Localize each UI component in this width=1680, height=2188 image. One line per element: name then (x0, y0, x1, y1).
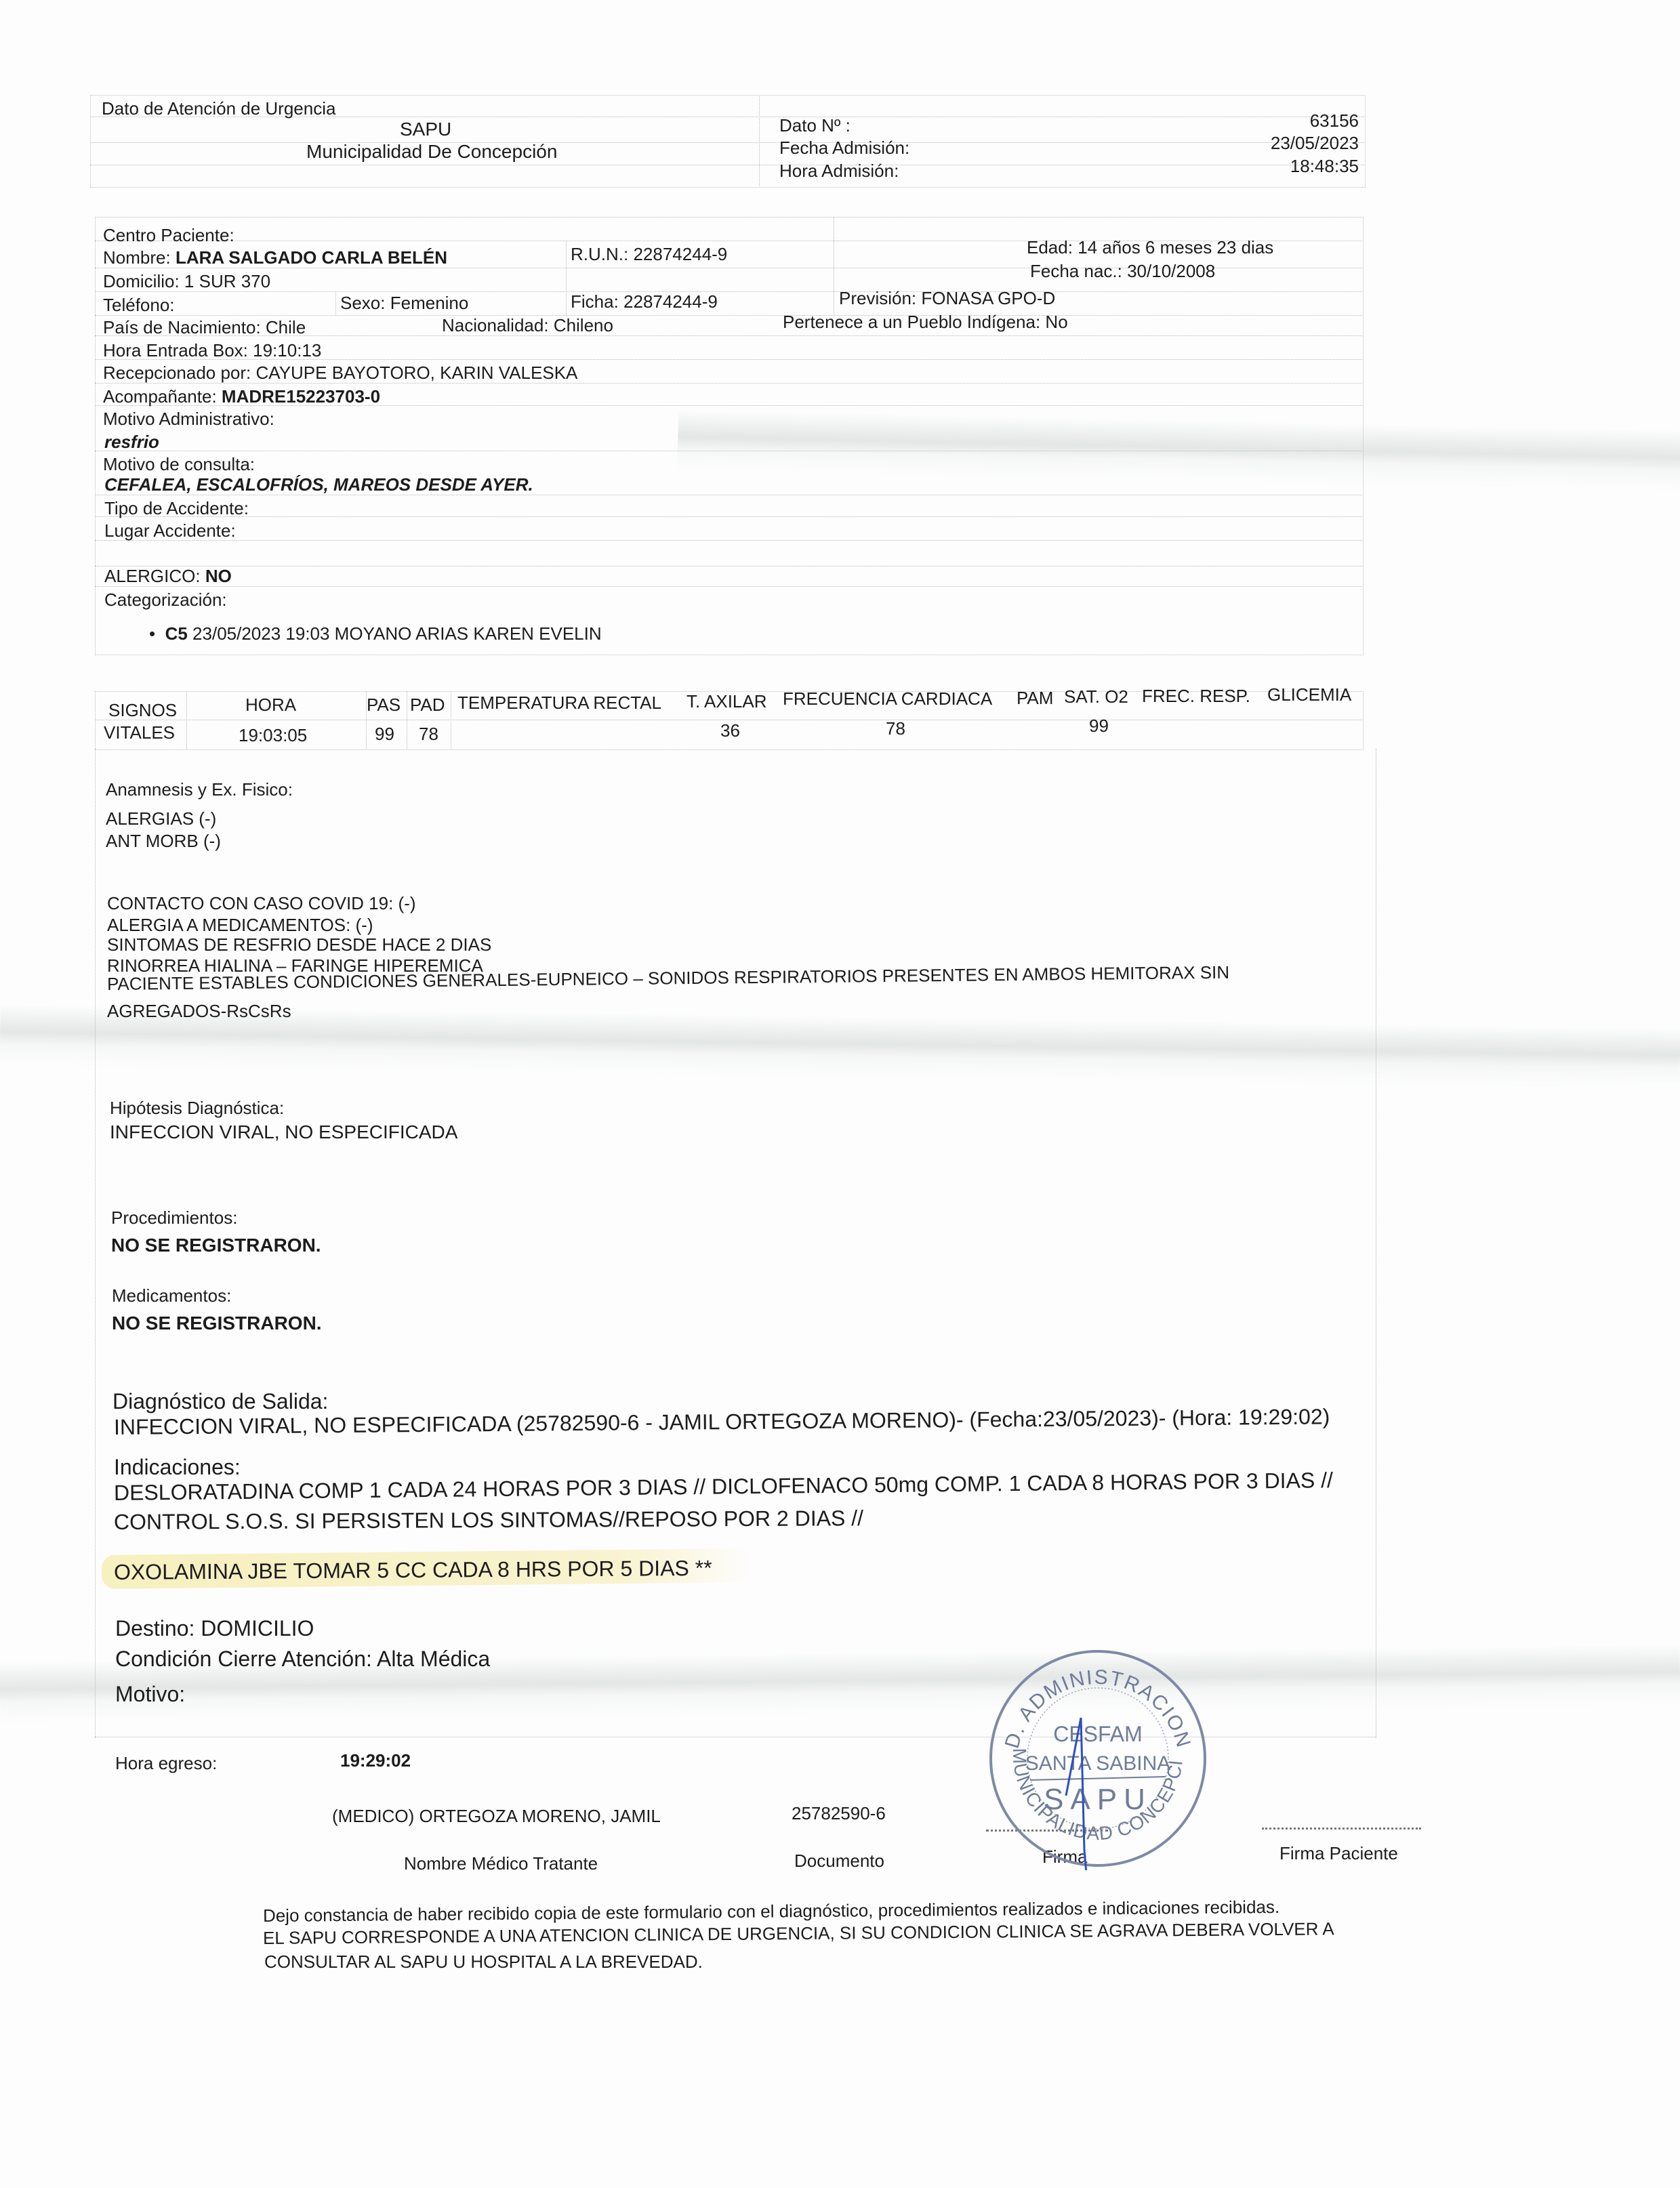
vitals-val-hora: 19:03:05 (239, 725, 307, 746)
motivo-admin-label: Motivo Administrativo: (103, 409, 274, 430)
condicion-field: Condición Cierre Atención: Alta Médica (115, 1647, 490, 1672)
domicilio-value: 1 SUR 370 (184, 271, 270, 291)
divider (95, 586, 1362, 587)
divider (451, 691, 451, 749)
diagnostico-salida-label: Diagnóstico de Salida: (112, 1389, 328, 1414)
anamnesis-line: ALERGIAS (-) (106, 808, 216, 829)
destino-label: Destino: (115, 1616, 194, 1640)
hora-egreso-value: 19:29:02 (340, 1750, 411, 1771)
medicamentos-label: Medicamentos: (112, 1285, 231, 1306)
run-value: 22874244-9 (633, 244, 727, 264)
pais-value: Chile (266, 317, 306, 337)
org-name: SAPU (400, 119, 451, 140)
prevision-value: FONASA GPO-D (921, 288, 1055, 308)
anamnesis-label: Anamnesis y Ex. Fisico: (106, 779, 293, 800)
acompanante-value: MADRE15223703-0 (222, 386, 380, 407)
vitals-val-frec-cardiaca: 78 (886, 718, 905, 739)
vitals-col-pad: PAD (410, 695, 445, 716)
anamnesis-line: ALERGIA A MEDICAMENTOS: (-) (107, 915, 373, 936)
form-title: Dato de Atención de Urgencia (102, 98, 335, 119)
vitals-val-pad: 78 (419, 724, 438, 745)
divider (95, 566, 1362, 566)
procedimientos-label: Procedimientos: (111, 1207, 237, 1229)
edad-value: 14 años 6 meses 23 dias (1078, 237, 1273, 257)
pais-field: País de Nacimiento: Chile (103, 317, 306, 338)
recepcionado-field: Recepcionado por: CAYUPE BAYOTORO, KARIN… (103, 363, 577, 384)
divider (566, 241, 567, 315)
divider (95, 315, 1362, 316)
vitals-row-label-1: SIGNOS (108, 700, 177, 721)
domicilio-label: Domicilio: (103, 271, 180, 291)
recepcionado-value: CAYUPE BAYOTORO, KARIN VALESKA (256, 363, 578, 383)
official-stamp: D. ADMINISTRACION I. MUNICIPALIDAD CONCE… (986, 1647, 1210, 1870)
divider (95, 291, 1362, 292)
medico-name: (MEDICO) ORTEGOZA MORENO, JAMIL (332, 1806, 661, 1827)
condicion-label: Condición Cierre Atención: (115, 1647, 372, 1671)
edad-field: Edad: 14 años 6 meses 23 dias (1027, 237, 1273, 258)
stamp-line-2: SANTA SABINA (1025, 1752, 1171, 1775)
indicaciones-line: DESLORATADINA COMP 1 CADA 24 HORAS POR 3… (114, 1468, 1333, 1506)
motivo-consulta-value: CEFALEA, ESCALOFRÍOS, MAREOS DESDE AYER. (104, 474, 533, 495)
vitals-col-glicemia: GLICEMIA (1267, 684, 1351, 705)
vitals-col-temp-rectal: TEMPERATURA RECTAL (457, 693, 661, 714)
sexo-label: Sexo: (340, 293, 386, 313)
ficha-label: Ficha: (571, 291, 619, 312)
vitals-col-t-axilar: T. AXILAR (687, 691, 767, 712)
dato-no-value: 63156 (1152, 110, 1359, 131)
pais-label: País de Nacimiento: (103, 317, 261, 337)
fecha-nac-value: 30/10/2008 (1127, 261, 1215, 281)
hora-admision-label: Hora Admisión: (779, 161, 899, 182)
edad-label: Edad: (1027, 237, 1073, 257)
divider (95, 516, 1362, 517)
domicilio-field: Domicilio: 1 SUR 370 (103, 271, 270, 292)
destino-field: Destino: DOMICILIO (115, 1616, 314, 1641)
divider (759, 95, 760, 186)
categorizacion-label: Categorización: (104, 590, 227, 611)
documento-label: Documento (794, 1851, 884, 1872)
patient-box (95, 217, 1364, 655)
divider (95, 451, 1362, 451)
categorizacion-detail: 23/05/2023 19:03 MOYANO ARIAS KAREN EVEL… (192, 623, 602, 644)
divider (407, 691, 407, 749)
medicamentos-value: NO SE REGISTRARON. (112, 1313, 322, 1334)
vitals-col-pas: PAS (367, 695, 401, 716)
alergico-field: ALERGICO: NO (104, 566, 232, 587)
acompanante-field: Acompañante: MADRE15223703-0 (103, 386, 380, 407)
bullet-icon: • (149, 623, 160, 644)
divider (95, 749, 96, 1738)
condicion-value: Alta Médica (377, 1647, 490, 1671)
pueblo-field: Pertenece a un Pueblo Indígena: No (783, 312, 1068, 333)
alergico-label: ALERGICO: (104, 566, 201, 586)
firma-paciente-line (1262, 1828, 1421, 1830)
alergico-value: NO (205, 566, 232, 586)
nacionalidad-field: Nacionalidad: Chileno (442, 315, 613, 336)
recepcionado-label: Recepcionado por: (103, 363, 251, 383)
vitals-col-sat-o2: SAT. O2 (1064, 686, 1128, 707)
stamp-line-3: SAPU (1044, 1783, 1152, 1816)
hora-box-field: Hora Entrada Box: 19:10:13 (103, 340, 321, 361)
nombre-field: Nombre: LARA SALGADO CARLA BELÉN (103, 247, 447, 268)
ficha-field: Ficha: 22874244-9 (571, 291, 718, 312)
vitals-col-frec-resp: FREC. RESP. (1142, 686, 1250, 707)
nombre-label: Nombre: (103, 247, 171, 268)
indicaciones-label: Indicaciones: (114, 1455, 241, 1480)
vitals-col-hora: HORA (245, 695, 296, 716)
municipality-name: Municipalidad De Concepción (306, 141, 557, 163)
disclaimer-line: CONSULTAR AL SAPU U HOSPITAL A LA BREVED… (264, 1952, 703, 1973)
fecha-admision-value: 23/05/2023 (1152, 133, 1359, 154)
indicaciones-line: CONTROL S.O.S. SI PERSISTEN LOS SINTOMAS… (114, 1506, 863, 1535)
telefono-label: Teléfono: (103, 295, 175, 316)
vitals-col-pam: PAM (1017, 688, 1053, 709)
firma-paciente-label: Firma Paciente (1279, 1843, 1398, 1864)
hora-egreso-label: Hora egreso: (115, 1753, 217, 1774)
hora-box-value: 19:10:13 (253, 340, 321, 360)
destino-value: DOMICILIO (201, 1616, 314, 1640)
patient-name: LARA SALGADO CARLA BELÉN (176, 247, 447, 268)
tipo-accidente-label: Tipo de Accidente: (104, 498, 249, 519)
hora-admision-value: 18:48:35 (1152, 156, 1359, 177)
fecha-nac-field: Fecha nac.: 30/10/2008 (1030, 261, 1215, 282)
vitals-val-pas: 99 (375, 724, 394, 745)
vitals-val-sat-o2: 99 (1089, 716, 1109, 737)
ficha-value: 22874244-9 (623, 291, 718, 312)
run-label: R.U.N.: (571, 244, 628, 264)
prevision-label: Previsión: (839, 288, 916, 308)
categorizacion-item: • C5 23/05/2023 19:03 MOYANO ARIAS KAREN… (149, 623, 602, 644)
vitals-row-label-2: VITALES (104, 722, 175, 743)
hora-box-label: Hora Entrada Box: (103, 340, 248, 360)
divider (834, 217, 834, 315)
anamnesis-line: SINTOMAS DE RESFRIO DESDE HACE 2 DIAS (107, 934, 491, 955)
nacionalidad-label: Nacionalidad: (442, 315, 549, 335)
sexo-value: Femenino (390, 293, 469, 313)
vitals-col-frec-cardiaca: FRECUENCIA CARDIACA (783, 688, 992, 709)
motivo-label: Motivo: (115, 1682, 185, 1707)
lugar-accidente-label: Lugar Accidente: (104, 520, 236, 541)
medico-documento: 25782590-6 (792, 1803, 886, 1824)
divider (186, 691, 187, 749)
hipotesis-label: Hipótesis Diagnóstica: (110, 1098, 284, 1119)
acompanante-label: Acompañante: (103, 386, 217, 407)
run-field: R.U.N.: 22874244-9 (571, 244, 727, 265)
pueblo-label: Pertenece a un Pueblo Indígena: (783, 312, 1040, 332)
indicaciones-line-highlighted: OXOLAMINA JBE TOMAR 5 CC CADA 8 HRS POR … (114, 1556, 712, 1585)
procedimientos-value: NO SE REGISTRARON. (111, 1235, 321, 1256)
hipotesis-value: INFECCION VIRAL, NO ESPECIFICADA (110, 1121, 457, 1143)
divider (95, 540, 1362, 541)
medico-label: Nombre Médico Tratante (404, 1853, 598, 1874)
anamnesis-line: CONTACTO CON CASO COVID 19: (-) (107, 893, 416, 914)
dato-no-label: Dato Nº : (779, 115, 851, 136)
fecha-admision-label: Fecha Admisión: (779, 138, 909, 159)
prevision-field: Previsión: FONASA GPO-D (839, 288, 1055, 309)
anamnesis-line: AGREGADOS-RsCsRs (107, 1001, 291, 1022)
pueblo-value: No (1045, 312, 1067, 332)
sexo-field: Sexo: Femenino (340, 293, 468, 314)
motivo-admin-value: resfrio (104, 432, 159, 453)
stamp-line-1: CESFAM (1053, 1722, 1143, 1746)
centro-paciente-label: Centro Paciente: (103, 225, 234, 246)
categorizacion-code: C5 (165, 623, 188, 644)
anamnesis-line: ANT MORB (-) (106, 831, 221, 852)
nacionalidad-value: Chileno (554, 315, 613, 335)
motivo-consulta-label: Motivo de consulta: (103, 454, 255, 475)
divider (1376, 749, 1376, 1738)
divider (335, 291, 336, 315)
vitals-val-t-axilar: 36 (720, 720, 740, 741)
fecha-nac-label: Fecha nac.: (1030, 261, 1122, 281)
